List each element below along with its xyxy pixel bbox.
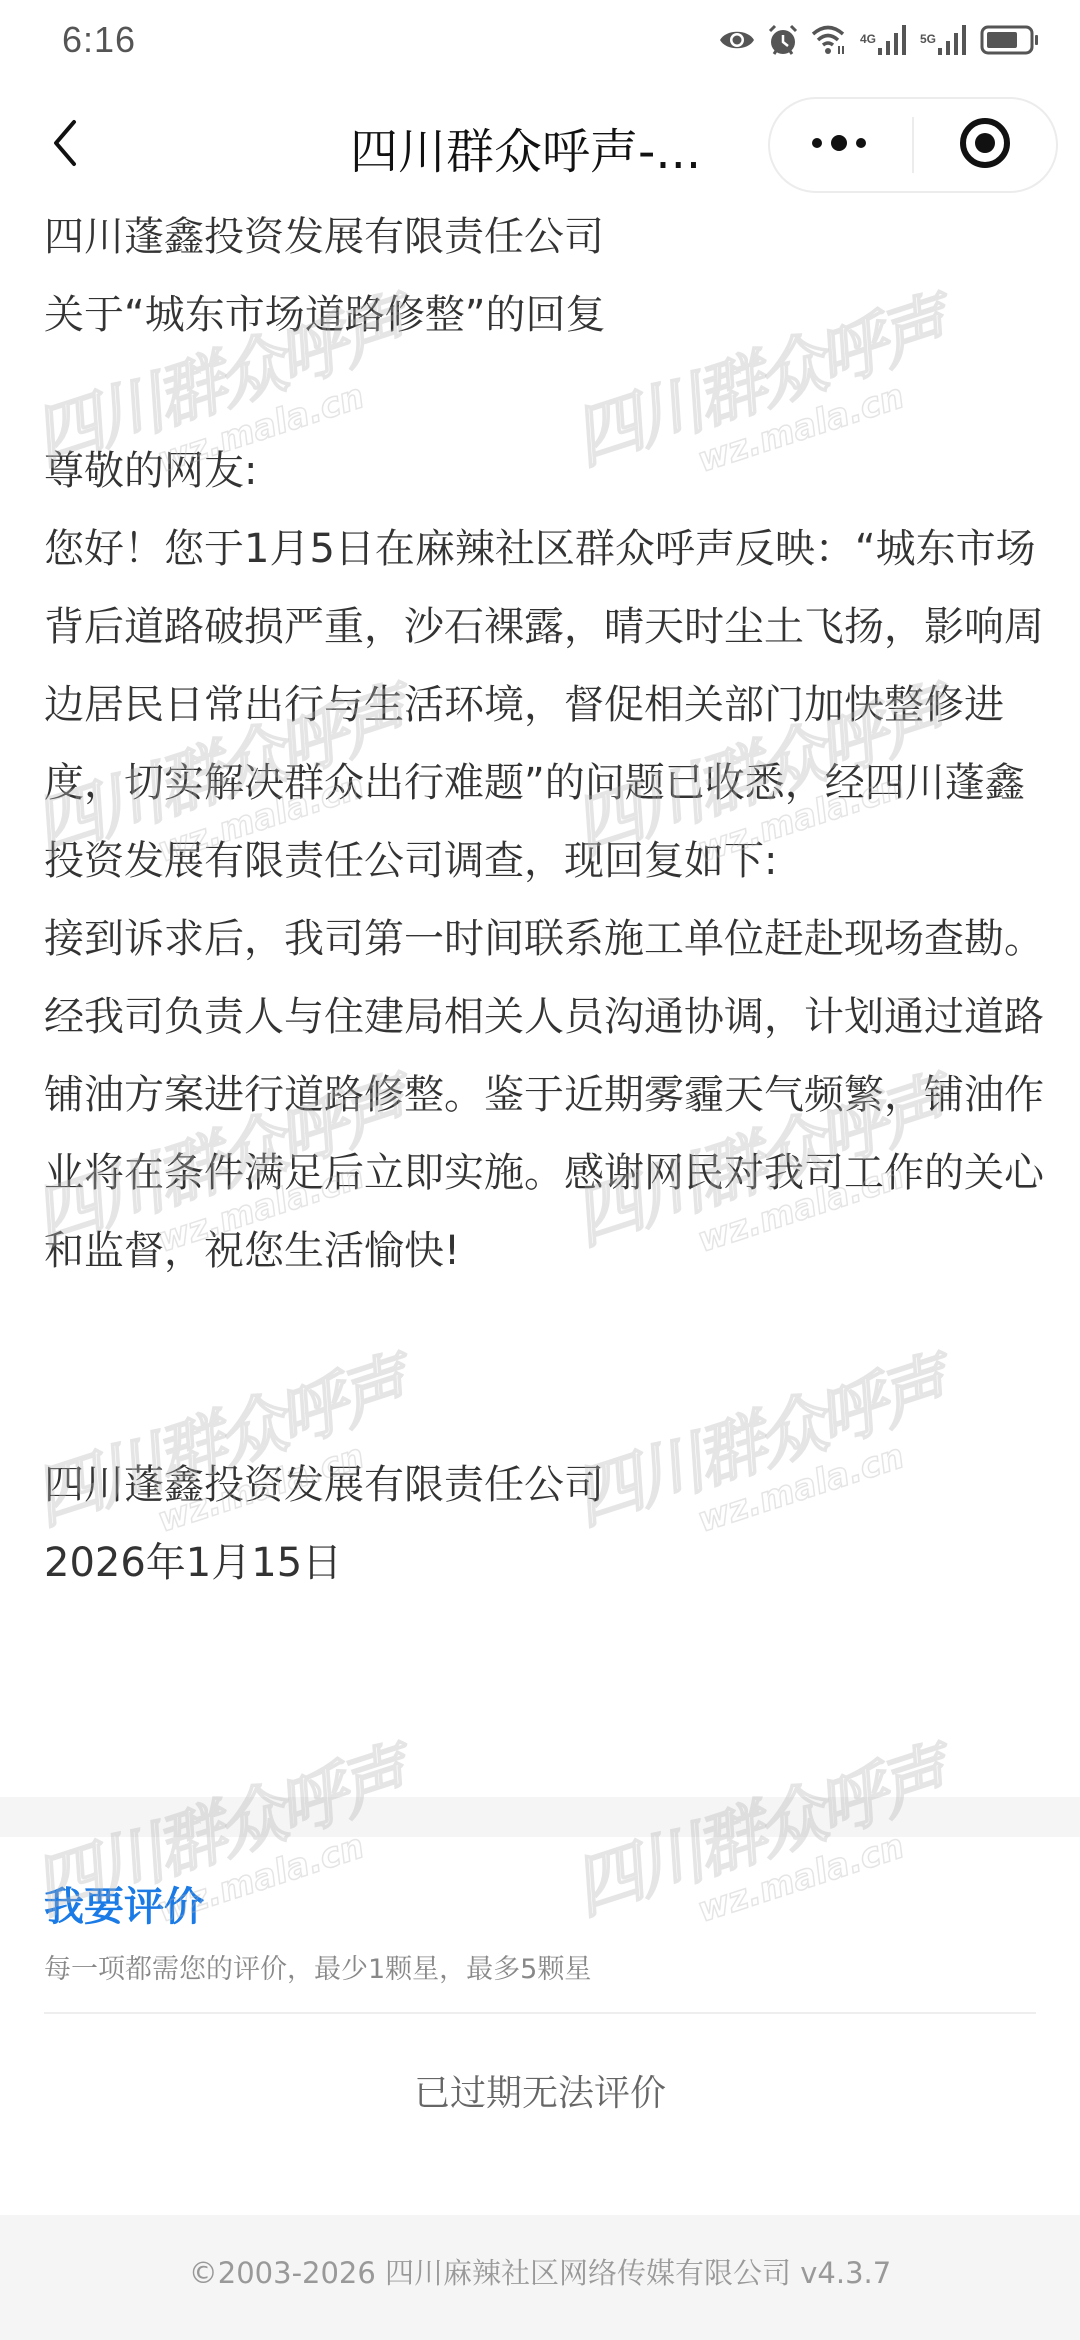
status-time: 6:16 xyxy=(62,19,136,61)
eye-icon xyxy=(718,26,756,54)
rating-section: 我要评价 每一项都需您的评价，最少1颗星，最多5颗星 已过期无法评价 xyxy=(0,1837,1080,2215)
more-dots-icon xyxy=(809,133,873,157)
rating-title: 我要评价 xyxy=(44,1875,204,1932)
chevron-left-icon xyxy=(50,118,80,172)
status-icons: 4G 5G xyxy=(718,23,1040,57)
reply-paragraph: 您好！您于1月5日在麻辣社区群众呼声反映：“城东市场背后道路破损严重，沙石裸露，… xyxy=(44,510,1044,900)
reply-org-header: 四川蓬鑫投资发展有限责任公司 xyxy=(44,198,1044,276)
target-circle-icon xyxy=(957,115,1013,175)
signal-5g-icon: 5G xyxy=(920,24,970,56)
copyright-text: ©2003-2026 四川麻辣社区网络传媒有限公司 v4.3.7 xyxy=(189,2251,891,2292)
close-miniprogram-button[interactable] xyxy=(914,99,1056,191)
divider xyxy=(44,2012,1036,2014)
rating-hint: 每一项都需您的评价，最少1颗星，最多5颗星 xyxy=(44,1947,591,1986)
spacer xyxy=(44,354,1044,432)
status-bar: 6:16 xyxy=(0,0,1080,80)
reply-paragraph: 接到诉求后，我司第一时间联系施工单位赶赴现场查勘。经我司负责人与住建局相关人员沟… xyxy=(44,900,1044,1290)
reply-signature-org: 四川蓬鑫投资发展有限责任公司 xyxy=(44,1446,1044,1524)
nav-bar: 四川群众呼声-... xyxy=(0,95,1080,195)
section-separator xyxy=(0,1797,1080,1837)
reply-signature-date: 2026年1月15日 xyxy=(44,1524,1044,1602)
rating-expired-status: 已过期无法评价 xyxy=(0,2065,1080,2116)
footer: ©2003-2026 四川麻辣社区网络传媒有限公司 v4.3.7 xyxy=(0,2215,1080,2340)
alarm-icon xyxy=(766,23,800,57)
reply-content: 四川蓬鑫投资发展有限责任公司 关于“城东市场道路修整”的回复 尊敬的网友: 您好… xyxy=(44,198,1044,1602)
spacer xyxy=(44,1290,1044,1446)
battery-icon xyxy=(980,24,1040,56)
reply-greeting: 尊敬的网友: xyxy=(44,432,1044,510)
reply-subject: 关于“城东市场道路修整”的回复 xyxy=(44,276,1044,354)
back-button[interactable] xyxy=(35,115,95,175)
wifi-icon xyxy=(810,24,850,56)
signal-4g-icon: 4G xyxy=(860,24,910,56)
more-button[interactable] xyxy=(770,99,912,191)
page-title: 四川群众呼声-... xyxy=(350,113,701,182)
miniprogram-capsule xyxy=(768,97,1058,193)
